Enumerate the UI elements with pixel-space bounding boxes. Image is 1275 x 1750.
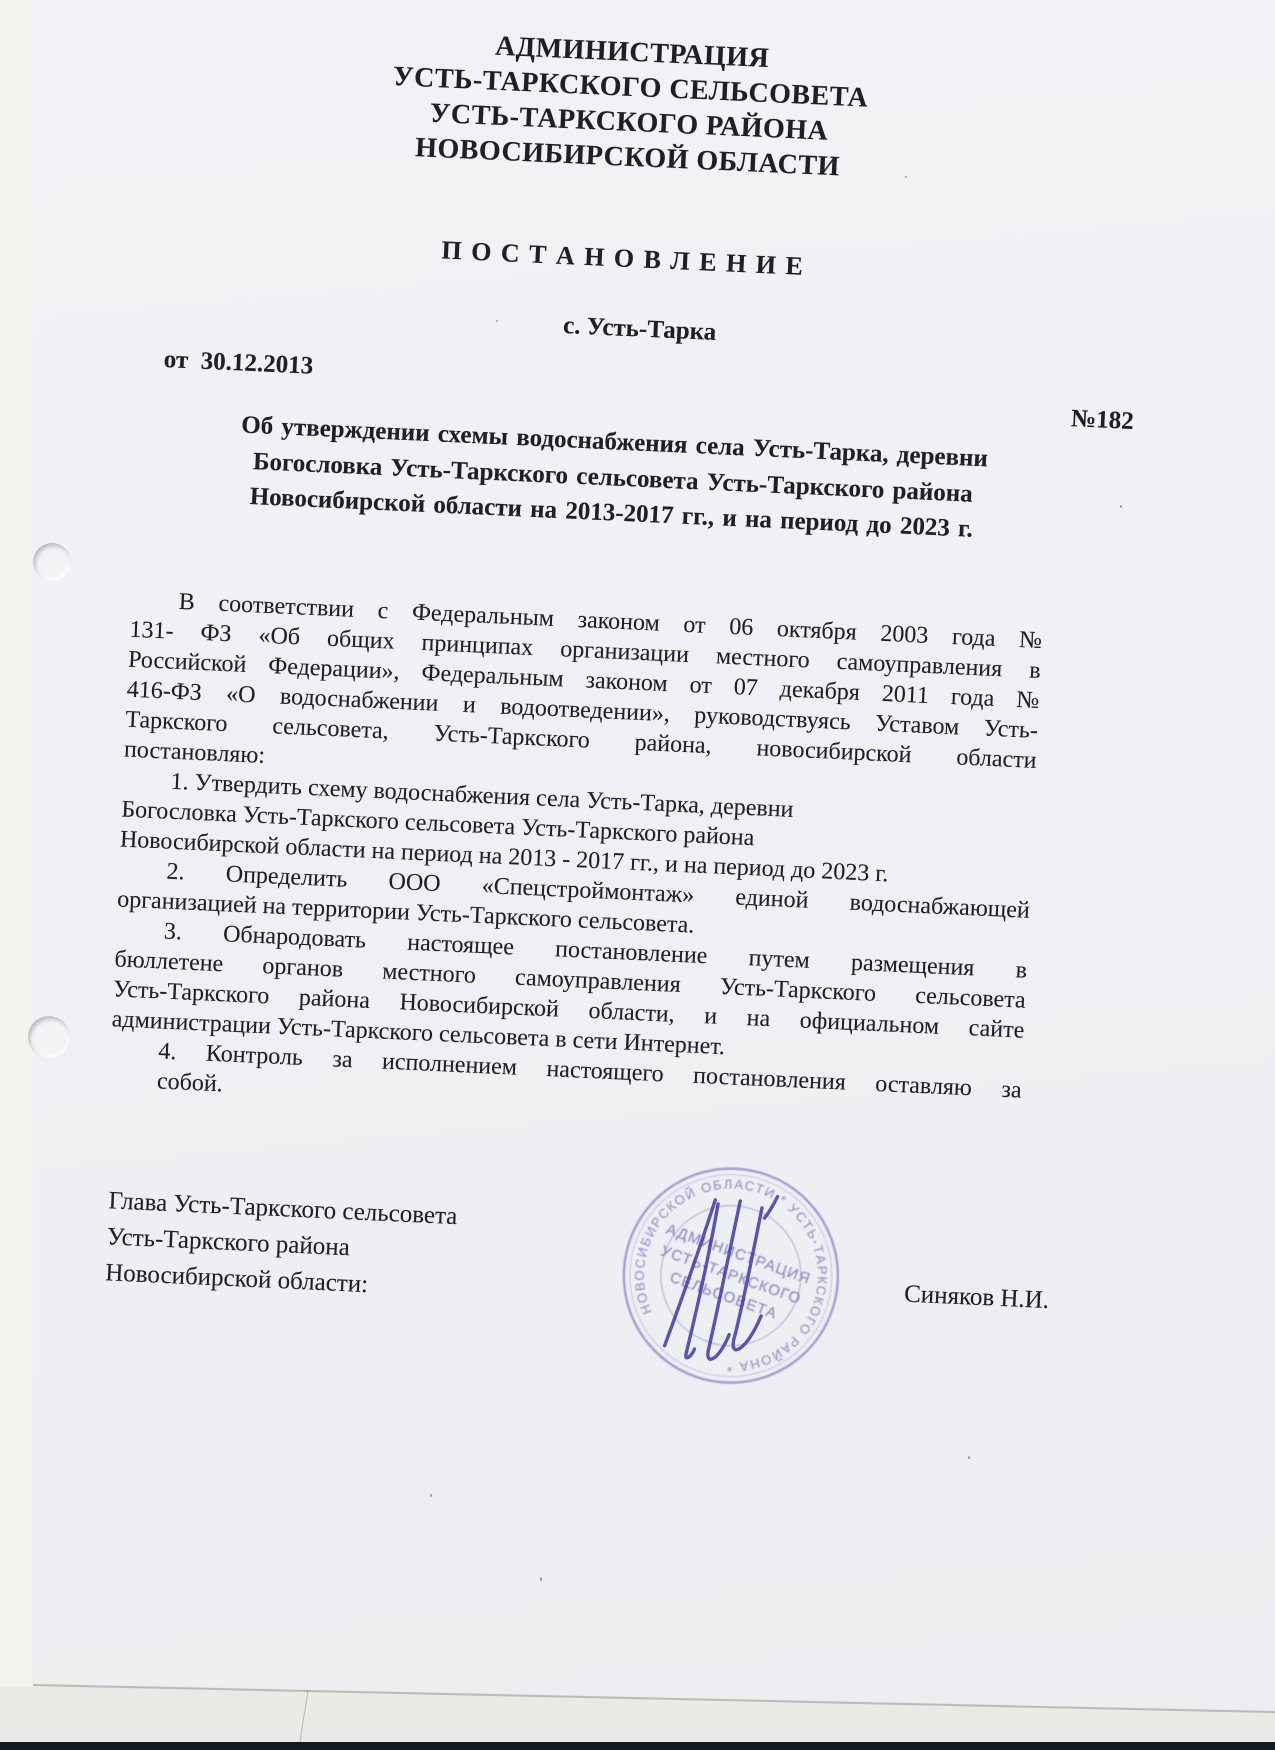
document-number: №182 (1070, 405, 1134, 436)
signer-name: Синяков Н.И. (904, 1281, 1050, 1316)
dust-speck (1120, 505, 1122, 508)
punch-hole-bottom (28, 1016, 70, 1058)
dust-speck (430, 1494, 432, 1497)
document-type-heading: П О С Т А Н О В Л Е Н И Е (2, 216, 1244, 302)
dust-speck (905, 176, 907, 178)
dust-speck (496, 320, 498, 322)
body-text: В соответствии с Федеральным законом от … (108, 585, 1042, 1136)
handwritten-signature (612, 1181, 820, 1375)
dust-speck (968, 1456, 970, 1459)
scanner-dark-strip (0, 1742, 1275, 1750)
punch-hole-top (33, 543, 71, 581)
dust-speck (540, 1577, 542, 1581)
document-content: АДМИНИСТРАЦИЯ УСТЬ-ТАРКСКОГО СЕЛЬСОВЕТА … (0, 0, 1255, 1741)
document-title: Об утверждении схемы водоснабжения села … (50, 399, 1176, 556)
document-date: от 30.12.2013 (163, 346, 314, 381)
signature-block: Глава Усть-Таркского сельсовета Усть-Тар… (105, 1183, 459, 1307)
letterhead: АДМИНИСТРАЦИЯ УСТЬ-ТАРКСКОГО СЕЛЬСОВЕТА … (6, 7, 1253, 203)
scanned-page: АДМИНИСТРАЦИЯ УСТЬ-ТАРКСКОГО СЕЛЬСОВЕТА … (0, 0, 1275, 1750)
